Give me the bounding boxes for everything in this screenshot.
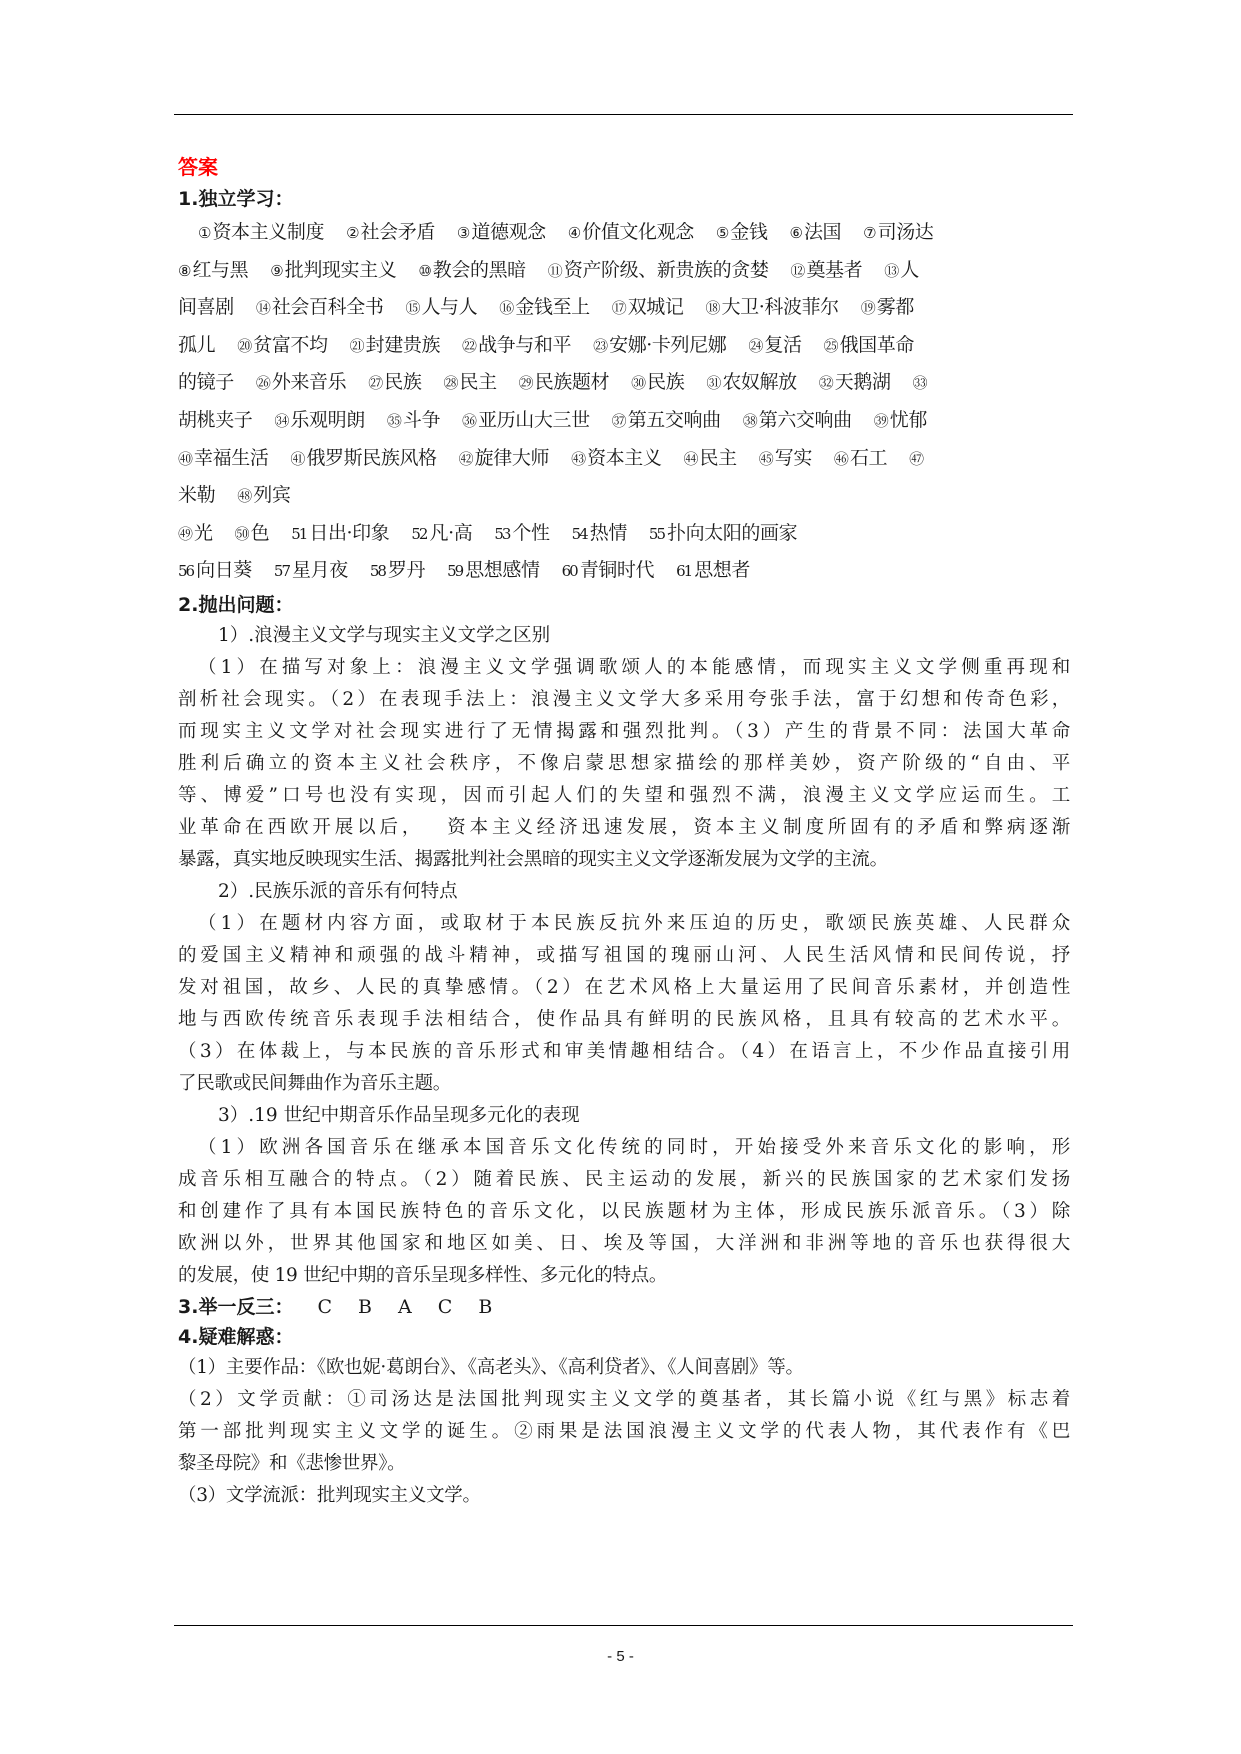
- term-item: ㉔复活: [748, 334, 801, 356]
- term-item: 的镜子: [178, 371, 234, 393]
- term-text: 双城记: [628, 296, 684, 318]
- term-number: ㉚: [631, 374, 644, 392]
- term-number: ㉑: [350, 337, 363, 355]
- term-line: 56向日葵57星月夜58罗丹59思想感情60青铜时代61思想者: [178, 552, 1070, 590]
- term-item: 孤儿: [178, 334, 215, 356]
- practice-answers: C B A C B: [317, 1296, 498, 1318]
- term-text: 米勒: [178, 484, 215, 506]
- term-item: ⑬人: [884, 259, 919, 281]
- term-text: 青铜时代: [580, 559, 654, 581]
- term-item: ⑲雾都: [861, 296, 914, 318]
- term-number: 52: [411, 525, 426, 543]
- term-line: ㊵幸福生活㊶俄罗斯民族风格㊷旋律大师㊸资本主义㊹民主㊺写实㊻石工㊼: [178, 440, 1070, 478]
- term-number: ③: [457, 224, 468, 242]
- term-item: ㊿色: [235, 522, 270, 544]
- term-number: 54: [572, 525, 587, 543]
- term-item: 58罗丹: [370, 559, 425, 581]
- term-text: 幸福生活: [194, 447, 268, 469]
- term-text: 复活: [764, 334, 801, 356]
- paragraph-line: 而现实主义文学对社会现实进行了无情揭露和强烈批判。（3）产生的背景不同：法国大革…: [178, 716, 1070, 748]
- term-text: 凡·高: [429, 522, 472, 544]
- term-text: 个性: [512, 522, 549, 544]
- term-item: ㉒战争与和平: [462, 334, 571, 356]
- term-line: ⑧红与黑⑨批判现实主义⑩教会的黑暗⑪资产阶级、新贵族的贪婪⑫奠基者⑬人: [178, 252, 1070, 290]
- term-text: 第五交响曲: [628, 409, 721, 431]
- term-item: ⑦司汤达: [863, 221, 933, 243]
- term-item: ⑰双城记: [612, 296, 684, 318]
- footer-rule: [174, 1625, 1073, 1626]
- term-text: 农奴解放: [722, 371, 796, 393]
- term-item: 61思想者: [676, 559, 750, 581]
- term-item: 米勒: [178, 484, 215, 506]
- term-item: ⑮人与人: [405, 296, 477, 318]
- term-item: ㉜天鹅湖: [819, 371, 891, 393]
- page-number: - 5 -: [0, 1648, 1241, 1665]
- term-item: ㉞乐观明朗: [274, 409, 364, 431]
- term-text: 教会的黑暗: [433, 259, 526, 281]
- term-item: 59思想感情: [447, 559, 540, 581]
- paragraph-line: （1）主要作品：《欧也妮·葛朗台》、《高老头》、《高利贷者》、《人间喜剧》等。: [178, 1352, 1070, 1384]
- paragraph-line: （1）在题材内容方面，或取材于本民族反抗外来压迫的历史，歌颂民族英雄、人民群众: [178, 908, 1070, 940]
- term-text: 社会矛盾: [361, 221, 435, 243]
- term-number: 55: [649, 525, 664, 543]
- term-text: 光: [194, 522, 213, 544]
- term-text: 间喜剧: [178, 296, 234, 318]
- term-number: ④: [568, 224, 579, 242]
- term-text: 斗争: [403, 409, 440, 431]
- term-item: 53个性: [494, 522, 549, 544]
- section-heading-practice: 3.举一反三：C B A C B: [178, 1292, 1070, 1322]
- term-number: ⑧: [178, 262, 189, 280]
- term-text: 思想感情: [465, 559, 539, 581]
- term-text: 法国: [804, 221, 841, 243]
- term-item: ①资本主义制度: [198, 221, 324, 243]
- section-heading-questions: 2.抛出问题：: [178, 590, 1070, 620]
- term-number: ①: [198, 224, 209, 242]
- term-number: ㊹: [683, 450, 696, 468]
- term-text: 向日葵: [196, 559, 252, 581]
- term-line: ①资本主义制度②社会矛盾③道德观念④价值文化观念⑤金钱⑥法国⑦司汤达: [178, 214, 1070, 252]
- term-line: 胡桃夹子㉞乐观明朗㉟斗争㊱亚历山大三世㊲第五交响曲㊳第六交响曲㊴忧郁: [178, 402, 1070, 440]
- term-text: 俄罗斯民族风格: [306, 447, 436, 469]
- term-number: ㊷: [459, 450, 472, 468]
- term-text: 天鹅湖: [835, 371, 891, 393]
- term-item: ⑭社会百科全书: [256, 296, 384, 318]
- term-item: ⑪资产阶级、新贵族的贪婪: [548, 259, 769, 281]
- term-item: ㊷旋律大师: [459, 447, 549, 469]
- term-number: ㊼: [909, 450, 922, 468]
- term-number: ㉖: [256, 374, 269, 392]
- term-number: ㉞: [274, 412, 287, 430]
- term-number: ⑪: [548, 262, 561, 280]
- term-text: 雾都: [877, 296, 914, 318]
- term-item: ⑧红与黑: [178, 259, 248, 281]
- term-item: ㊻石工: [834, 447, 887, 469]
- term-number: 56: [178, 562, 193, 580]
- term-number: ㉕: [824, 337, 837, 355]
- term-item: 54热情: [572, 522, 627, 544]
- paragraph-line: 的发展，使 19 世纪中期的音乐呈现多样性、多元化的特点。: [178, 1260, 1070, 1292]
- question-block-3: 3）.19 世纪中期音乐作品呈现多元化的表现 （1）欧洲各国音乐在继承本国音乐文…: [178, 1100, 1070, 1292]
- term-number: ㉙: [519, 374, 532, 392]
- paragraph-line: 欧洲以外，世界其他国家和地区如美、日、埃及等国，大洋洲和非洲等地的音乐也获得很大: [178, 1228, 1070, 1260]
- term-item: ㊵幸福生活: [178, 447, 268, 469]
- term-number: ②: [346, 224, 357, 242]
- term-number: 57: [274, 562, 289, 580]
- term-item: 间喜剧: [178, 296, 234, 318]
- term-item: ㊶俄罗斯民族风格: [290, 447, 436, 469]
- term-number: ㉛: [706, 374, 719, 392]
- term-item: 51日出·印象: [291, 522, 389, 544]
- term-item: ㊱亚历山大三世: [462, 409, 590, 431]
- term-number: ㊳: [743, 412, 756, 430]
- term-text: 石工: [850, 447, 887, 469]
- term-text: 罗丹: [388, 559, 425, 581]
- term-number: ⑩: [418, 262, 429, 280]
- term-text: 批判现实主义: [285, 259, 397, 281]
- term-number: ⑨: [270, 262, 281, 280]
- term-text: 乐观明朗: [290, 409, 364, 431]
- term-number: ㉘: [443, 374, 456, 392]
- term-text: 日出·印象: [309, 522, 389, 544]
- term-text: 大卫·科波菲尔: [722, 296, 839, 318]
- question-title: 3）.19 世纪中期音乐作品呈现多元化的表现: [178, 1100, 1070, 1132]
- term-number: ⑤: [716, 224, 727, 242]
- term-number: ㊽: [237, 487, 250, 505]
- term-item: ㊳第六交响曲: [743, 409, 852, 431]
- term-number: ㉝: [913, 374, 926, 392]
- term-number: ㊸: [571, 450, 584, 468]
- term-text: 资本主义制度: [212, 221, 324, 243]
- term-text: 战争与和平: [478, 334, 571, 356]
- header-rule: [174, 114, 1073, 115]
- term-item: ㉝: [913, 371, 929, 393]
- term-text: 民主: [700, 447, 737, 469]
- term-item: ㉚民族: [631, 371, 684, 393]
- practice-heading-label: 3.举一反三：: [178, 1296, 293, 1318]
- paragraph-line: 剖析社会现实。（2）在表现手法上：浪漫主义文学大多采用夸张手法，富于幻想和传奇色…: [178, 684, 1070, 716]
- paragraph-line: 的爱国主义精神和顽强的战斗精神，或描写祖国的瑰丽山河、人民生活风情和民间传说，抒: [178, 940, 1070, 972]
- term-text: 金钱至上: [515, 296, 589, 318]
- paragraph-line: （1）欧洲各国音乐在继承本国音乐文化传统的同时，开始接受外来音乐文化的影响，形: [178, 1132, 1070, 1164]
- paragraph-line: 地与西欧传统音乐表现手法相结合，使作品具有鲜明的民族风格，且具有较高的艺术水平。: [178, 1004, 1070, 1036]
- paragraph-line: （3）文学流派：批判现实主义文学。: [178, 1480, 1070, 1512]
- term-text: 思想者: [694, 559, 750, 581]
- term-line: ㊾光㊿色51日出·印象52凡·高53个性54热情55扑向太阳的画家: [178, 515, 1070, 553]
- section-heading-independent-study: 1.独立学习：: [178, 184, 1070, 214]
- paragraph-line: 胜利后确立的资本主义社会秩序，不像启蒙思想家描绘的那样美妙，资产阶级的“自由、平: [178, 748, 1070, 780]
- term-number: ㉔: [748, 337, 761, 355]
- paragraph-line: 暴露，真实地反映现实生活、揭露批判社会黑暗的现实主义文学逐渐发展为文学的主流。: [178, 844, 1070, 876]
- term-item: ⑩教会的黑暗: [418, 259, 525, 281]
- paragraph-line: 和创建作了具有本国民族特色的音乐文化，以民族题材为主体，形成民族乐派音乐。（3）…: [178, 1196, 1070, 1228]
- term-number: 60: [562, 562, 577, 580]
- term-item: ③道德观念: [457, 221, 546, 243]
- term-text: 社会百科全书: [272, 296, 384, 318]
- term-item: 胡桃夹子: [178, 409, 252, 431]
- term-number: ⑲: [861, 299, 874, 317]
- paragraph-line: 发对祖国，故乡、人民的真挚感情。（2）在艺术风格上大量运用了民间音乐素材，并创造…: [178, 972, 1070, 1004]
- question-title: 2）.民族乐派的音乐有何特点: [178, 876, 1070, 908]
- term-item: ㉓安娜·卡列尼娜: [593, 334, 726, 356]
- term-text: 胡桃夹子: [178, 409, 252, 431]
- term-line: 孤儿⑳贫富不均㉑封建贵族㉒战争与和平㉓安娜·卡列尼娜㉔复活㉕俄国革命: [178, 327, 1070, 365]
- term-number: ⑬: [884, 262, 897, 280]
- term-text: 金钱: [730, 221, 767, 243]
- term-number: ㉜: [819, 374, 832, 392]
- paragraph-line: 黎圣母院》和《悲惨世界》。: [178, 1448, 1070, 1480]
- term-line: 间喜剧⑭社会百科全书⑮人与人⑯金钱至上⑰双城记⑱大卫·科波菲尔⑲雾都: [178, 289, 1070, 327]
- term-text: 资产阶级、新贵族的贪婪: [564, 259, 769, 281]
- term-number: 58: [370, 562, 385, 580]
- term-number: ㊾: [178, 525, 191, 543]
- term-list: ①资本主义制度②社会矛盾③道德观念④价值文化观念⑤金钱⑥法国⑦司汤达⑧红与黑⑨批…: [178, 214, 1070, 590]
- term-item: ⑤金钱: [716, 221, 768, 243]
- term-number: 61: [676, 562, 691, 580]
- term-item: ⑳贫富不均: [237, 334, 327, 356]
- term-number: ⑭: [256, 299, 269, 317]
- term-number: ⑳: [237, 337, 250, 355]
- question-block-2: 2）.民族乐派的音乐有何特点 （1）在题材内容方面，或取材于本民族反抗外来压迫的…: [178, 876, 1070, 1100]
- term-number: ⑦: [863, 224, 874, 242]
- term-item: ④价值文化观念: [568, 221, 694, 243]
- term-number: ㉓: [593, 337, 606, 355]
- term-item: 57星月夜: [274, 559, 348, 581]
- term-item: ㊽列宾: [237, 484, 290, 506]
- term-number: ㊺: [759, 450, 772, 468]
- term-item: 56向日葵: [178, 559, 252, 581]
- term-text: 孤儿: [178, 334, 215, 356]
- paragraph-line: 成音乐相互融合的特点。（2）随着民族、民主运动的发展，新兴的民族国家的艺术家们发…: [178, 1164, 1070, 1196]
- term-text: 第六交响曲: [759, 409, 852, 431]
- term-item: ⑱大卫·科波菲尔: [706, 296, 839, 318]
- term-text: 星月夜: [292, 559, 348, 581]
- term-number: ⑱: [706, 299, 719, 317]
- term-item: 60青铜时代: [562, 559, 655, 581]
- term-text: 俄国革命: [840, 334, 914, 356]
- term-item: ②社会矛盾: [346, 221, 435, 243]
- term-item: 52凡·高: [411, 522, 472, 544]
- term-number: ⑥: [790, 224, 801, 242]
- section-heading-difficulties: 4.疑难解惑：: [178, 1322, 1070, 1352]
- term-text: 资本主义: [587, 447, 661, 469]
- term-text: 写实: [775, 447, 812, 469]
- term-number: 53: [494, 525, 509, 543]
- term-text: 忧郁: [890, 409, 927, 431]
- term-text: 安娜·卡列尼娜: [609, 334, 726, 356]
- term-number: ㉗: [368, 374, 381, 392]
- term-number: ㉒: [462, 337, 475, 355]
- term-item: ㉕俄国革命: [824, 334, 914, 356]
- term-item: ㉟斗争: [387, 409, 440, 431]
- term-item: ㊴忧郁: [874, 409, 927, 431]
- term-text: 奠基者: [806, 259, 862, 281]
- term-item: ㊹民主: [683, 447, 736, 469]
- term-text: 亚历山大三世: [478, 409, 590, 431]
- question-block-1: 1）.浪漫主义文学与现实主义文学之区别 （1）在描写对象上：浪漫主义文学强调歌颂…: [178, 620, 1070, 876]
- paragraph-line: 等、博爱”口号也没有实现，因而引起人们的失望和强烈不满，浪漫主义文学应运而生。工: [178, 780, 1070, 812]
- paragraph-line: 业革命在西欧开展以后， 资本主义经济迅速发展，资本主义制度所固有的矛盾和弊病逐渐: [178, 812, 1070, 844]
- term-number: ⑫: [790, 262, 803, 280]
- term-text: 扑向太阳的画家: [667, 522, 797, 544]
- term-item: ⑫奠基者: [790, 259, 862, 281]
- term-number: ㊲: [612, 412, 625, 430]
- term-line: 的镜子㉖外来音乐㉗民族㉘民主㉙民族题材㉚民族㉛农奴解放㉜天鹅湖㉝: [178, 364, 1070, 402]
- document-body: 答案 1.独立学习： ①资本主义制度②社会矛盾③道德观念④价值文化观念⑤金钱⑥法…: [178, 150, 1070, 1512]
- term-item: ㊲第五交响曲: [612, 409, 721, 431]
- term-item: ㊸资本主义: [571, 447, 661, 469]
- term-text: 民族题材: [535, 371, 609, 393]
- term-number: ⑯: [499, 299, 512, 317]
- term-text: 红与黑: [192, 259, 248, 281]
- term-item: ㉘民主: [443, 371, 496, 393]
- term-item: ㊼: [909, 447, 925, 469]
- term-text: 人: [900, 259, 919, 281]
- term-item: ㊺写实: [759, 447, 812, 469]
- term-text: 司汤达: [878, 221, 934, 243]
- term-text: 价值文化观念: [582, 221, 694, 243]
- term-number: ㊶: [290, 450, 303, 468]
- term-text: 民族: [647, 371, 684, 393]
- term-item: ㉗民族: [368, 371, 421, 393]
- term-item: ㊾光: [178, 522, 213, 544]
- term-number: ㊵: [178, 450, 191, 468]
- term-number: ㊴: [874, 412, 887, 430]
- term-item: ⑥法国: [790, 221, 842, 243]
- term-number: ⑮: [405, 299, 418, 317]
- paragraph-line: 了民歌或民间舞曲作为音乐主题。: [178, 1068, 1070, 1100]
- term-text: 热情: [590, 522, 627, 544]
- answer-title: 答案: [178, 150, 1070, 184]
- term-number: ㊻: [834, 450, 847, 468]
- term-item: ⑯金钱至上: [499, 296, 589, 318]
- term-text: 外来音乐: [272, 371, 346, 393]
- term-item: ㉛农奴解放: [706, 371, 796, 393]
- term-item: ㉖外来音乐: [256, 371, 346, 393]
- term-number: 59: [447, 562, 462, 580]
- term-item: ⑨批判现实主义: [270, 259, 396, 281]
- term-text: 贫富不均: [253, 334, 327, 356]
- term-number: ㊱: [462, 412, 475, 430]
- term-line: 米勒㊽列宾: [178, 477, 1070, 515]
- term-text: 民族: [384, 371, 421, 393]
- paragraph-line: （3）在体裁上，与本民族的音乐形式和审美情趣相结合。（4）在语言上，不少作品直接…: [178, 1036, 1070, 1068]
- term-item: 55扑向太阳的画家: [649, 522, 797, 544]
- term-number: ⑰: [612, 299, 625, 317]
- term-text: 道德观念: [471, 221, 545, 243]
- term-text: 色: [251, 522, 270, 544]
- paragraph-line: 第一部批判现实主义文学的诞生。②雨果是法国浪漫主义文学的代表人物，其代表作有《巴: [178, 1416, 1070, 1448]
- term-number: ㊿: [235, 525, 248, 543]
- term-number: 51: [291, 525, 306, 543]
- term-text: 的镜子: [178, 371, 234, 393]
- question-title: 1）.浪漫主义文学与现实主义文学之区别: [178, 620, 1070, 652]
- term-text: 人与人: [421, 296, 477, 318]
- term-text: 列宾: [253, 484, 290, 506]
- term-item: ㉙民族题材: [519, 371, 609, 393]
- term-item: ㉑封建贵族: [350, 334, 440, 356]
- term-text: 封建贵族: [366, 334, 440, 356]
- term-number: ㉟: [387, 412, 400, 430]
- term-text: 民主: [459, 371, 496, 393]
- term-text: 旋律大师: [475, 447, 549, 469]
- paragraph-line: （1）在描写对象上：浪漫主义文学强调歌颂人的本能感情，而现实主义文学侧重再现和: [178, 652, 1070, 684]
- paragraph-line: （2）文学贡献：①司汤达是法国批判现实主义文学的奠基者，其长篇小说《红与黑》标志…: [178, 1384, 1070, 1416]
